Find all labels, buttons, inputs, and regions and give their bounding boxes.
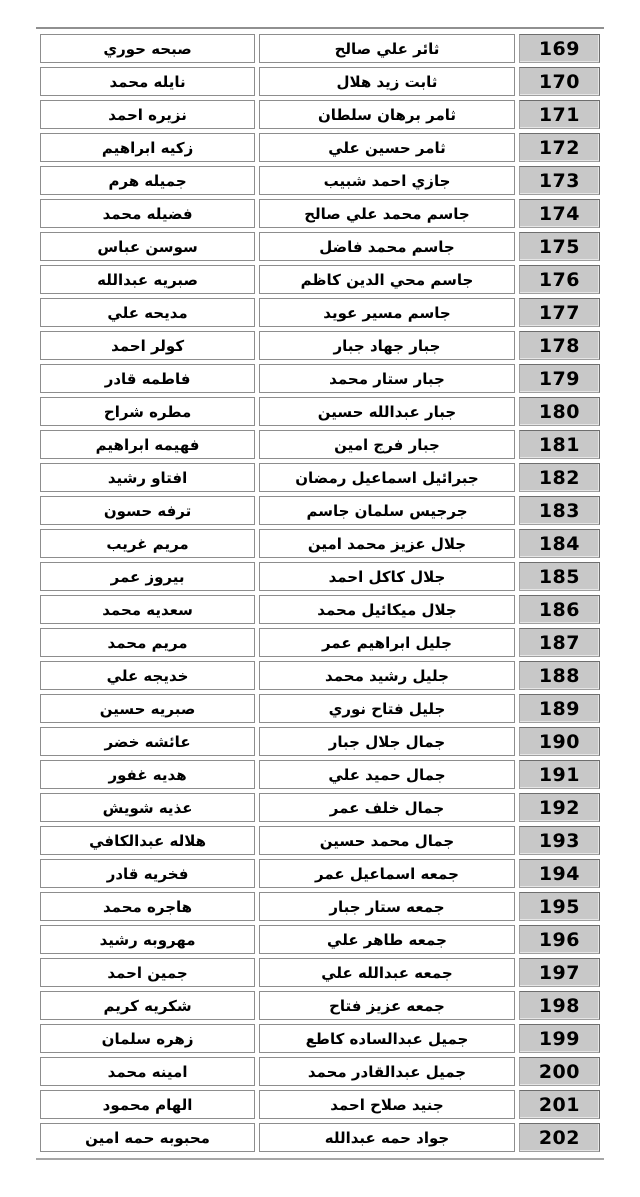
second-name-cell: زكيه ابراهيم (40, 133, 255, 162)
name-cell: جاسم محمد علي صالح (259, 199, 515, 228)
table-row: 173 جازي احمد شبيب جميله هرم (40, 166, 600, 195)
second-name-cell: نايله محمد (40, 67, 255, 96)
name-cell: جنيد صلاح احمد (259, 1090, 515, 1119)
second-name-cell: امينه محمد (40, 1057, 255, 1086)
second-name-cell: سعديه محمد (40, 595, 255, 624)
second-name-cell: عائشه خضر (40, 727, 255, 756)
name-cell: جمعه ستار جبار (259, 892, 515, 921)
serial-number-cell: 201 (519, 1090, 600, 1119)
name-cell: جبرائيل اسماعيل رمضان (259, 463, 515, 492)
serial-number-cell: 186 (519, 595, 600, 624)
table-row: 179 جبار ستار محمد فاطمه قادر (40, 364, 600, 393)
table-row: 182 جبرائيل اسماعيل رمضان افتاو رشيد (40, 463, 600, 492)
name-cell: جاسم محي الدين كاظم (259, 265, 515, 294)
name-cell: ثابت زيد هلال (259, 67, 515, 96)
serial-number-cell: 183 (519, 496, 600, 525)
name-cell: ثامر برهان سلطان (259, 100, 515, 129)
second-name-cell: مديحه علي (40, 298, 255, 327)
name-cell: جبار عبدالله حسين (259, 397, 515, 426)
serial-number-cell: 202 (519, 1123, 600, 1152)
second-name-cell: عذيه شويش (40, 793, 255, 822)
serial-number-cell: 173 (519, 166, 600, 195)
table-row: 193 جمال محمد حسين هلاله عبدالكافي (40, 826, 600, 855)
name-cell: جليل رشيد محمد (259, 661, 515, 690)
page: { "page": { "background": "#ffffff" }, "… (0, 0, 640, 1197)
name-cell: جازي احمد شبيب (259, 166, 515, 195)
serial-number-cell: 194 (519, 859, 600, 888)
serial-number-cell: 195 (519, 892, 600, 921)
name-cell: جلال عزيز محمد امين (259, 529, 515, 558)
name-cell: جاسم مسير عويد (259, 298, 515, 327)
table-row: 195 جمعه ستار جبار هاجره محمد (40, 892, 600, 921)
second-name-cell: نزيره احمد (40, 100, 255, 129)
second-name-cell: مهروبه رشيد (40, 925, 255, 954)
second-name-cell: افتاو رشيد (40, 463, 255, 492)
second-name-cell: الهام محمود (40, 1090, 255, 1119)
name-cell: جواد حمه عبدالله (259, 1123, 515, 1152)
serial-number-cell: 200 (519, 1057, 600, 1086)
name-cell: جمعه طاهر علي (259, 925, 515, 954)
name-cell: جبار جهاد جبار (259, 331, 515, 360)
second-name-cell: بيروز عمر (40, 562, 255, 591)
table-row: 192 جمال خلف عمر عذيه شويش (40, 793, 600, 822)
table-row: 171 ثامر برهان سلطان نزيره احمد (40, 100, 600, 129)
name-cell: جبار ستار محمد (259, 364, 515, 393)
names-table-frame: 169 ثائر علي صالح صبحه حوري 170 ثابت زيد… (36, 27, 604, 1160)
serial-number-cell: 185 (519, 562, 600, 591)
table-row: 178 جبار جهاد جبار كولر احمد (40, 331, 600, 360)
table-row: 175 جاسم محمد فاضل سوسن عباس (40, 232, 600, 261)
table-row: 174 جاسم محمد علي صالح فضيله محمد (40, 199, 600, 228)
name-cell: جمعه عبدالله علي (259, 958, 515, 987)
serial-number-cell: 176 (519, 265, 600, 294)
serial-number-cell: 179 (519, 364, 600, 393)
serial-number-cell: 172 (519, 133, 600, 162)
serial-number-cell: 198 (519, 991, 600, 1020)
table-row: 169 ثائر علي صالح صبحه حوري (40, 34, 600, 63)
second-name-cell: سوسن عباس (40, 232, 255, 261)
second-name-cell: صبريه حسين (40, 694, 255, 723)
second-name-cell: شكريه كريم (40, 991, 255, 1020)
name-cell: جمال جلال جبار (259, 727, 515, 756)
second-name-cell: مطره شراح (40, 397, 255, 426)
serial-number-cell: 184 (519, 529, 600, 558)
second-name-cell: فاطمه قادر (40, 364, 255, 393)
second-name-cell: كولر احمد (40, 331, 255, 360)
name-cell: جمعه اسماعيل عمر (259, 859, 515, 888)
serial-number-cell: 188 (519, 661, 600, 690)
second-name-cell: فضيله محمد (40, 199, 255, 228)
table-row: 198 جمعه عزيز فتاح شكريه كريم (40, 991, 600, 1020)
table-row: 202 جواد حمه عبدالله محبوبه حمه امين (40, 1123, 600, 1152)
table-row: 184 جلال عزيز محمد امين مريم غريب (40, 529, 600, 558)
serial-number-cell: 199 (519, 1024, 600, 1053)
table-row: 186 جلال ميكائيل محمد سعديه محمد (40, 595, 600, 624)
table-row: 190 جمال جلال جبار عائشه خضر (40, 727, 600, 756)
second-name-cell: مريم غريب (40, 529, 255, 558)
name-cell: جليل ابراهيم عمر (259, 628, 515, 657)
second-name-cell: جمين احمد (40, 958, 255, 987)
name-cell: ثامر حسين علي (259, 133, 515, 162)
serial-number-cell: 196 (519, 925, 600, 954)
name-cell: جاسم محمد فاضل (259, 232, 515, 261)
name-cell: جميل عبدالساده كاطع (259, 1024, 515, 1053)
names-table: 169 ثائر علي صالح صبحه حوري 170 ثابت زيد… (36, 30, 604, 1156)
second-name-cell: فهيمه ابراهيم (40, 430, 255, 459)
table-row: 170 ثابت زيد هلال نايله محمد (40, 67, 600, 96)
name-cell: جمال خلف عمر (259, 793, 515, 822)
serial-number-cell: 182 (519, 463, 600, 492)
serial-number-cell: 197 (519, 958, 600, 987)
serial-number-cell: 192 (519, 793, 600, 822)
table-row: 196 جمعه طاهر علي مهروبه رشيد (40, 925, 600, 954)
table-row: 172 ثامر حسين علي زكيه ابراهيم (40, 133, 600, 162)
table-row: 200 جميل عبدالقادر محمد امينه محمد (40, 1057, 600, 1086)
second-name-cell: زهره سلمان (40, 1024, 255, 1053)
name-cell: ثائر علي صالح (259, 34, 515, 63)
serial-number-cell: 171 (519, 100, 600, 129)
serial-number-cell: 170 (519, 67, 600, 96)
serial-number-cell: 174 (519, 199, 600, 228)
table-row: 194 جمعه اسماعيل عمر فخريه قادر (40, 859, 600, 888)
serial-number-cell: 187 (519, 628, 600, 657)
second-name-cell: فخريه قادر (40, 859, 255, 888)
table-row: 185 جلال كاكل احمد بيروز عمر (40, 562, 600, 591)
table-row: 177 جاسم مسير عويد مديحه علي (40, 298, 600, 327)
serial-number-cell: 191 (519, 760, 600, 789)
table-row: 181 جبار فرج امين فهيمه ابراهيم (40, 430, 600, 459)
table-row: 197 جمعه عبدالله علي جمين احمد (40, 958, 600, 987)
serial-number-cell: 175 (519, 232, 600, 261)
table-row: 201 جنيد صلاح احمد الهام محمود (40, 1090, 600, 1119)
table-row: 188 جليل رشيد محمد خديجه علي (40, 661, 600, 690)
table-row: 189 جليل فتاح نوري صبريه حسين (40, 694, 600, 723)
table-row: 183 جرجيس سلمان جاسم ترفه حسون (40, 496, 600, 525)
serial-number-cell: 169 (519, 34, 600, 63)
serial-number-cell: 177 (519, 298, 600, 327)
serial-number-cell: 189 (519, 694, 600, 723)
name-cell: جمال محمد حسين (259, 826, 515, 855)
name-cell: جلال ميكائيل محمد (259, 595, 515, 624)
table-body: 169 ثائر علي صالح صبحه حوري 170 ثابت زيد… (40, 34, 600, 1152)
table-row: 199 جميل عبدالساده كاطع زهره سلمان (40, 1024, 600, 1053)
second-name-cell: هاجره محمد (40, 892, 255, 921)
table-row: 176 جاسم محي الدين كاظم صبريه عبدالله (40, 265, 600, 294)
name-cell: جبار فرج امين (259, 430, 515, 459)
name-cell: جمال حميد علي (259, 760, 515, 789)
second-name-cell: محبوبه حمه امين (40, 1123, 255, 1152)
second-name-cell: ترفه حسون (40, 496, 255, 525)
table-row: 180 جبار عبدالله حسين مطره شراح (40, 397, 600, 426)
serial-number-cell: 180 (519, 397, 600, 426)
name-cell: جرجيس سلمان جاسم (259, 496, 515, 525)
name-cell: جليل فتاح نوري (259, 694, 515, 723)
serial-number-cell: 181 (519, 430, 600, 459)
second-name-cell: مريم محمد (40, 628, 255, 657)
table-row: 187 جليل ابراهيم عمر مريم محمد (40, 628, 600, 657)
table-row: 191 جمال حميد علي هديه غفور (40, 760, 600, 789)
second-name-cell: هلاله عبدالكافي (40, 826, 255, 855)
second-name-cell: جميله هرم (40, 166, 255, 195)
second-name-cell: صبحه حوري (40, 34, 255, 63)
name-cell: جلال كاكل احمد (259, 562, 515, 591)
serial-number-cell: 193 (519, 826, 600, 855)
name-cell: جمعه عزيز فتاح (259, 991, 515, 1020)
name-cell: جميل عبدالقادر محمد (259, 1057, 515, 1086)
second-name-cell: هديه غفور (40, 760, 255, 789)
second-name-cell: خديجه علي (40, 661, 255, 690)
serial-number-cell: 178 (519, 331, 600, 360)
serial-number-cell: 190 (519, 727, 600, 756)
second-name-cell: صبريه عبدالله (40, 265, 255, 294)
